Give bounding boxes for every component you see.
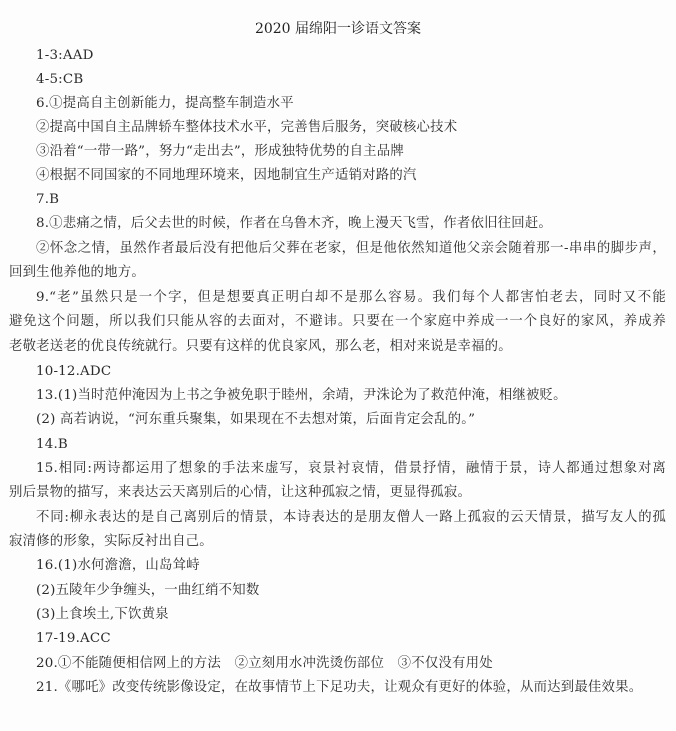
- answer-15-diff-cont: 寂清修的形象，实际反衬出自己。: [9, 532, 213, 552]
- answer-15-same: 15.相同:两诗都运用了想象的手法来虚写，哀景衬哀情，借景抒情，融情于景，诗人都…: [36, 459, 666, 479]
- answer-6-point-1: 6.①提高自主创新能力，提高整车制造水平: [36, 94, 294, 114]
- answer-16-part-3: (3)上食埃土,下饮黄泉: [36, 605, 169, 625]
- answer-8-point-2-cont: 回到生他养他的地方。: [9, 263, 145, 283]
- answer-9-cont-1: 避免这个问题，所以我们只能从容的去面对，不避讳。只要在一个家庭中养成一一个良好的…: [9, 312, 666, 332]
- answer-6-point-4: ④根据不同国家的不同地理环境来，因地制宜生产适销对路的汽: [36, 166, 417, 186]
- answer-20: 20.①不能随便相信网上的方法 ②立刻用水冲洗烫伤部位 ③不仅没有用处: [36, 654, 493, 674]
- answer-15-diff: 不同:柳永表达的是自己离别后的情景，本诗表达的是朋友僧人一路上孤寂的云天情景，描…: [36, 508, 666, 528]
- answer-key-page: 2020 届绵阳一诊语文答案 1-3:AAD 4-5:CB 6.①提高自主创新能…: [0, 0, 676, 731]
- answer-1-3: 1-3:AAD: [36, 46, 94, 66]
- answer-14: 14.B: [36, 435, 68, 455]
- answer-17-19: 17-19.ACC: [36, 629, 111, 649]
- answer-16-part-2: (2)五陵年少争缠头，一曲红绡不知数: [36, 581, 259, 601]
- answer-10-12: 10-12.ADC: [36, 362, 111, 382]
- answer-7: 7.B: [36, 190, 59, 210]
- answer-15-same-cont: 别后景物的描写，来表达云天离别后的心情，让这种孤寂之情，更显得孤寂。: [9, 483, 471, 503]
- answer-8-point-1: 8.①悲痛之情，后父去世的时候，作者在乌鲁木齐，晚上漫天飞雪，作者依旧往回赶。: [36, 214, 552, 234]
- document-title: 2020 届绵阳一诊语文答案: [0, 19, 676, 39]
- answer-9: 9.“老”虽然只是一个字，但是想要真正明白却不是那么容易。我们每个人都害怕老去，…: [36, 288, 666, 308]
- answer-4-5: 4-5:CB: [36, 70, 83, 90]
- answer-9-cont-2: 老敬老送老的优良传统就行。只要有这样的优良家风，那么老，相对来说是幸福的。: [9, 337, 512, 357]
- answer-21: 21.《哪吒》改变传统影像设定，在故事情节上下足功夫，让观众有更好的体验，从而达…: [36, 678, 642, 698]
- answer-6-point-2: ②提高中国自主品牌轿车整体技术水平，完善售后服务，突破核心技术: [36, 118, 457, 138]
- answer-6-point-3: ③沿着“一带一路”，努力“走出去”，形成独特优势的自主品牌: [36, 142, 404, 162]
- answer-8-point-2: ②怀念之情，虽然作者最后没有把他后父葬在老家，但是他依然知道他父亲会随着那一-串…: [36, 239, 666, 259]
- answer-16-part-1: 16.(1)水何澹澹，山岛耸峙: [36, 556, 200, 576]
- answer-13-part-2: (2) 高若讷说，“河东重兵聚集，如果现在不去想对策，后面肯定会乱的。”: [36, 410, 475, 430]
- answer-13-part-1: 13.(1)当时范仲淹因为上书之争被免职于睦州，余靖，尹洙论为了救范仲淹，相继被…: [36, 386, 567, 406]
